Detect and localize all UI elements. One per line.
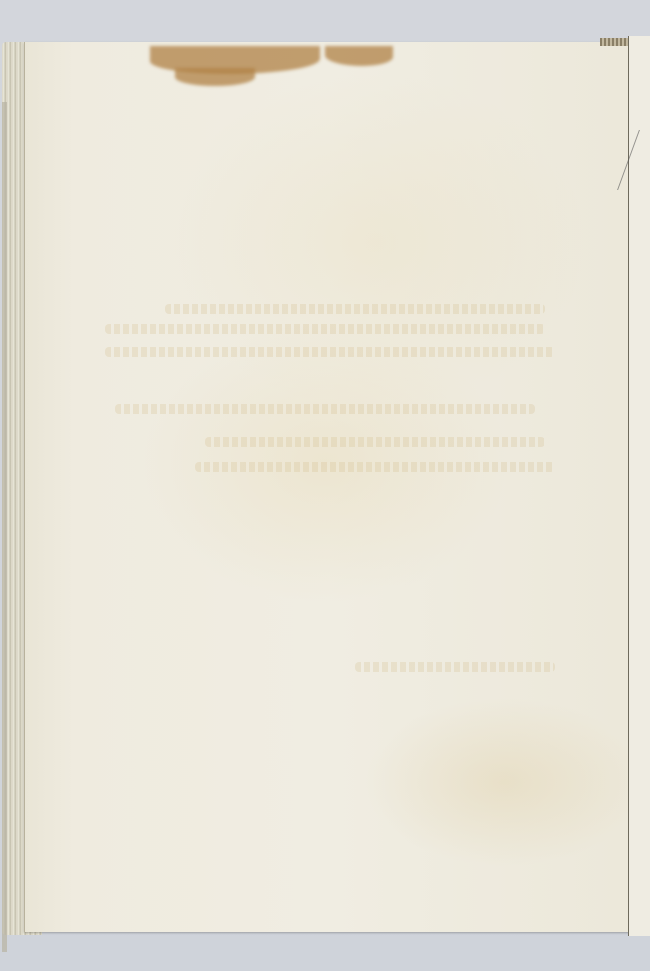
water-stain	[325, 46, 393, 66]
water-stain	[175, 68, 255, 86]
manuscript-page	[24, 42, 630, 932]
